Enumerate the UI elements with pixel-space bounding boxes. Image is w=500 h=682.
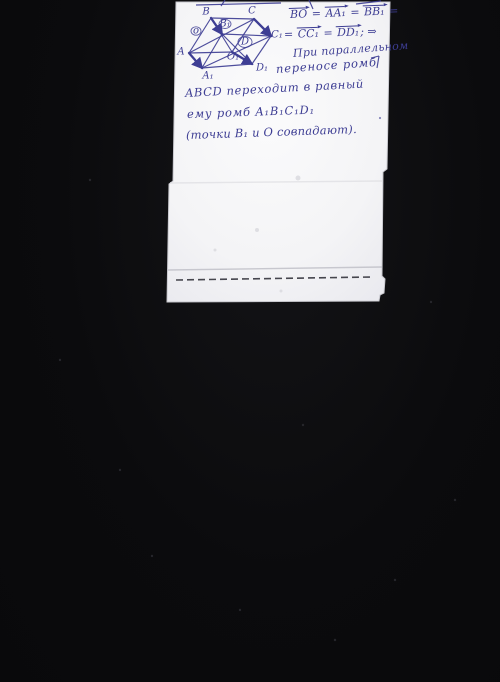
equation-text: = [385, 4, 398, 17]
vertex-label-D₁: D₁ [255, 63, 268, 74]
dust-speck [334, 639, 336, 641]
vertex-label-B₁: B₁ [218, 19, 230, 30]
vector-term: CC₁ [296, 26, 320, 41]
dust-speck [430, 301, 432, 303]
vertex-label-A: A [176, 47, 184, 58]
equation-text: = [284, 28, 297, 41]
equation-text: = [308, 7, 325, 21]
paper-smudge [255, 228, 259, 232]
vector-term: DD₁ [336, 24, 361, 39]
dust-speck [89, 179, 91, 181]
equation-text: ; ⇒ [360, 25, 377, 39]
equation-text: = [347, 5, 364, 19]
vertex-label-C₁: C₁ [271, 30, 283, 41]
vertex-label-B: B [201, 7, 209, 18]
dust-speck [151, 555, 153, 557]
paper-smudge [214, 249, 217, 252]
paper-smudge [280, 290, 283, 293]
vertex-label-A₁: A₁ [201, 71, 213, 82]
vector-term: AA₁ [324, 5, 347, 20]
ink-dot [379, 117, 381, 119]
vertex-label-C: C [248, 6, 256, 17]
dust-speck [454, 499, 456, 501]
scan-canvas: BCAA₁DoB₁O₁C₁D₁ [0, 0, 500, 682]
vector-term: BB₁ [363, 4, 386, 19]
vertex-label-O₁: O₁ [227, 52, 239, 63]
dust-speck [119, 469, 121, 471]
vertex-label-D: D [240, 37, 249, 48]
vector-term: BO [289, 6, 309, 21]
paper-smudge [296, 176, 301, 181]
equation-text: = [320, 26, 337, 40]
dust-speck [59, 359, 61, 361]
dust-speck [302, 424, 304, 426]
vertex-label-o: o [193, 26, 199, 37]
dust-speck [394, 579, 396, 581]
dust-speck [239, 609, 241, 611]
scanned-notebook-page: BCAA₁DoB₁O₁C₁D₁ BO = AA₁ = BB₁ = = CC₁ =… [0, 0, 500, 682]
